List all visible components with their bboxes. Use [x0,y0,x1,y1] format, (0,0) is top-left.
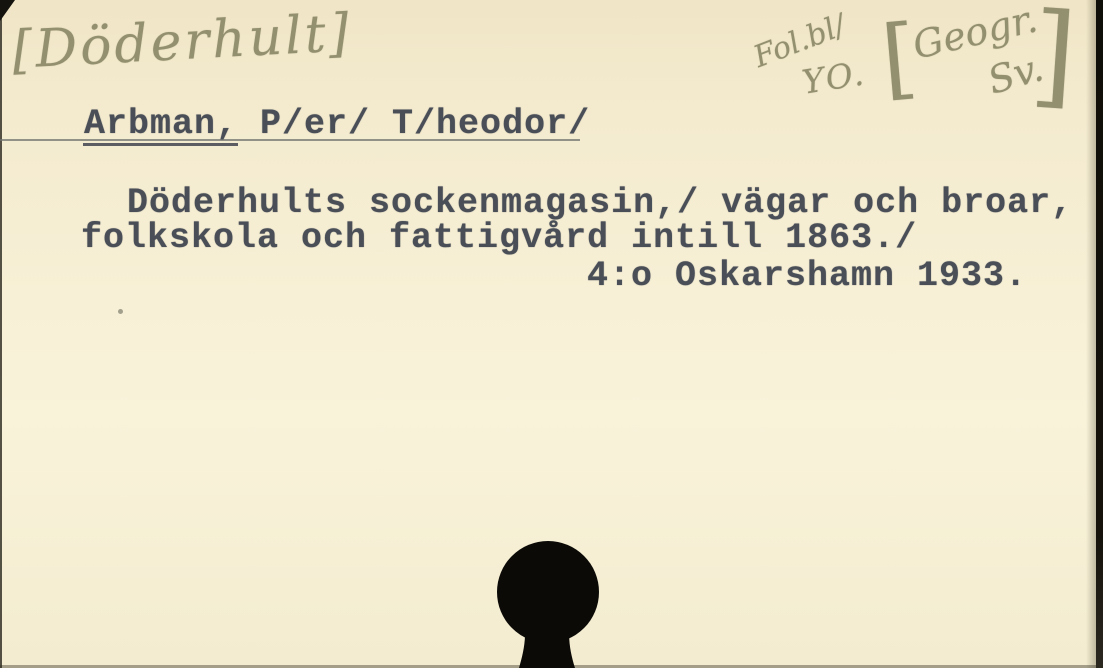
title-line-2: folkskola och fattigvård intill 1863./ [81,218,917,258]
card-punch-hole-icon [490,535,610,668]
imprint-line: 4:o Oskarshamn 1933. [587,256,1027,296]
classification-bracket-open: [ [878,5,921,111]
scan-left-edge [0,0,2,668]
scan-right-edge [1096,0,1103,668]
author-heading: Arbman, P/er/ T/heodor/ [84,104,590,144]
handwritten-heading-annotation: [Döderhult] [11,3,354,81]
title-line-1: Döderhults sockenmagasin,/ vägar och bro… [127,183,1073,223]
catalog-card-scan: [Döderhult] Fol.bl/ YO. [ Geogr. Sv. ] A… [0,0,1103,668]
ink-speck [118,309,123,314]
author-underline [83,143,238,146]
handwritten-shelf-note: YO. [799,53,868,101]
scan-corner-notch [0,0,15,21]
classification-bracket-close: ] [1028,0,1081,121]
right-edge-shadow [1086,0,1096,668]
